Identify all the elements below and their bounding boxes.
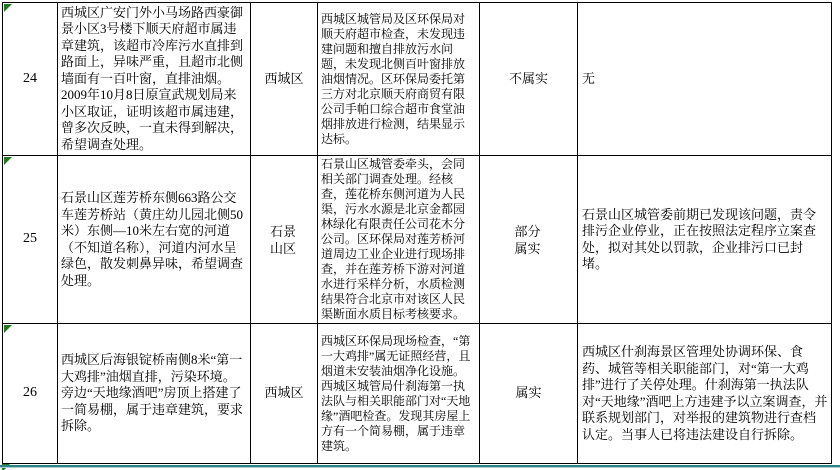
district-cell[interactable]: 石景山区 (251, 156, 318, 324)
table-row: 24 西城区广安门外小马场路西豪御景小区3号楼下顺天府超市属违章建筑，该超市冷库… (3, 3, 832, 156)
table-row: 25 石景山区莲芳桥东侧663路公交车莲芳桥站（黄庄幼儿园北侧50米）东侧—10… (3, 156, 832, 324)
verdict-text: 不属实 (509, 71, 548, 86)
handling-text: 石景山区城管委牵头，会同相关部门调查处理。经核查，莲花桥东侧河道为人民渠，污水水… (321, 157, 465, 321)
complaint-text: 西城区广安门外小马场路西豪御景小区3号楼下顺天府超市属违章建筑，该超市冷库污水直… (61, 5, 243, 152)
district-text: 西城区 (264, 385, 303, 400)
verdict-cell[interactable]: 部分属实 (480, 156, 578, 324)
row-number-cell[interactable]: 26 (3, 324, 58, 464)
complaint-table: 24 西城区广安门外小马场路西豪御景小区3号楼下顺天府超市属违章建筑，该超市冷库… (2, 2, 832, 464)
complaint-cell[interactable]: 西城区广安门外小马场路西豪御景小区3号楼下顺天府超市属违章建筑，该超市冷库污水直… (58, 3, 251, 156)
district-cell[interactable]: 西城区 (251, 3, 318, 156)
handling-text: 西城区城管局及区环保局对顺天府超市检查，未发现违建问题和擅自排放污水问题，未发现… (321, 12, 465, 146)
row-number: 26 (23, 385, 37, 400)
row-number-cell[interactable]: 24 (3, 3, 58, 156)
handling-cell[interactable]: 西城区城管局及区环保局对顺天府超市检查，未发现违建问题和擅自排放污水问题，未发现… (318, 3, 480, 156)
note-text: 石景山区城管委前期已发现该问题，责令排污企业停业，正在按照法定程序立案查处，拟对… (582, 207, 816, 272)
cell-error-indicator-icon (4, 157, 12, 165)
complaint-text: 西城区后海银锭桥南侧8米“第一大鸡排”油烟直排，污染环境。旁边“天地缘酒吧”房顶… (61, 352, 243, 433)
verdict-cell[interactable]: 不属实 (480, 3, 578, 156)
cell-error-indicator-icon (4, 4, 12, 12)
note-text: 西城区什刹海景区管理处协调环保、食药、城管等相关职能部门，对“第一大鸡排”进行了… (582, 344, 828, 442)
note-cell[interactable]: 西城区什刹海景区管理处协调环保、食药、城管等相关职能部门，对“第一大鸡排”进行了… (578, 324, 832, 464)
handling-text: 西城区环保局现场检查，“第一大鸡排”属无证照经营，且烟道未安装油烟净化设施。 西… (321, 334, 470, 453)
complaint-cell[interactable]: 西城区后海银锭桥南侧8米“第一大鸡排”油烟直排，污染环境。旁边“天地缘酒吧”房顶… (58, 324, 251, 464)
page-break-line-icon (0, 465, 840, 468)
note-cell[interactable]: 无 (578, 3, 832, 156)
complaint-text: 石景山区莲芳桥东侧663路公交车莲芳桥站（黄庄幼儿园北侧50米）东侧—10米左右… (61, 190, 243, 288)
row-number: 24 (23, 71, 37, 86)
table-row: 26 西城区后海银锭桥南侧8米“第一大鸡排”油烟直排，污染环境。旁边“天地缘酒吧… (3, 324, 832, 464)
district-text: 西城区 (264, 71, 303, 86)
row-number-cell[interactable]: 25 (3, 156, 58, 324)
district-text: 石景山区 (270, 223, 298, 257)
verdict-text: 属实 (515, 385, 541, 400)
verdict-text: 部分属实 (515, 223, 543, 257)
cell-error-indicator-icon (4, 325, 12, 333)
handling-cell[interactable]: 石景山区城管委牵头，会同相关部门调查处理。经核查，莲花桥东侧河道为人民渠，污水水… (318, 156, 480, 324)
handling-cell[interactable]: 西城区环保局现场检查，“第一大鸡排”属无证照经营，且烟道未安装油烟净化设施。 西… (318, 324, 480, 464)
complaint-cell[interactable]: 石景山区莲芳桥东侧663路公交车莲芳桥站（黄庄幼儿园北侧50米）东侧—10米左右… (58, 156, 251, 324)
district-cell[interactable]: 西城区 (251, 324, 318, 464)
row-number: 25 (23, 231, 37, 246)
note-text: 无 (582, 71, 595, 86)
note-cell[interactable]: 石景山区城管委前期已发现该问题，责令排污企业停业，正在按照法定程序立案查处，拟对… (578, 156, 832, 324)
verdict-cell[interactable]: 属实 (480, 324, 578, 464)
